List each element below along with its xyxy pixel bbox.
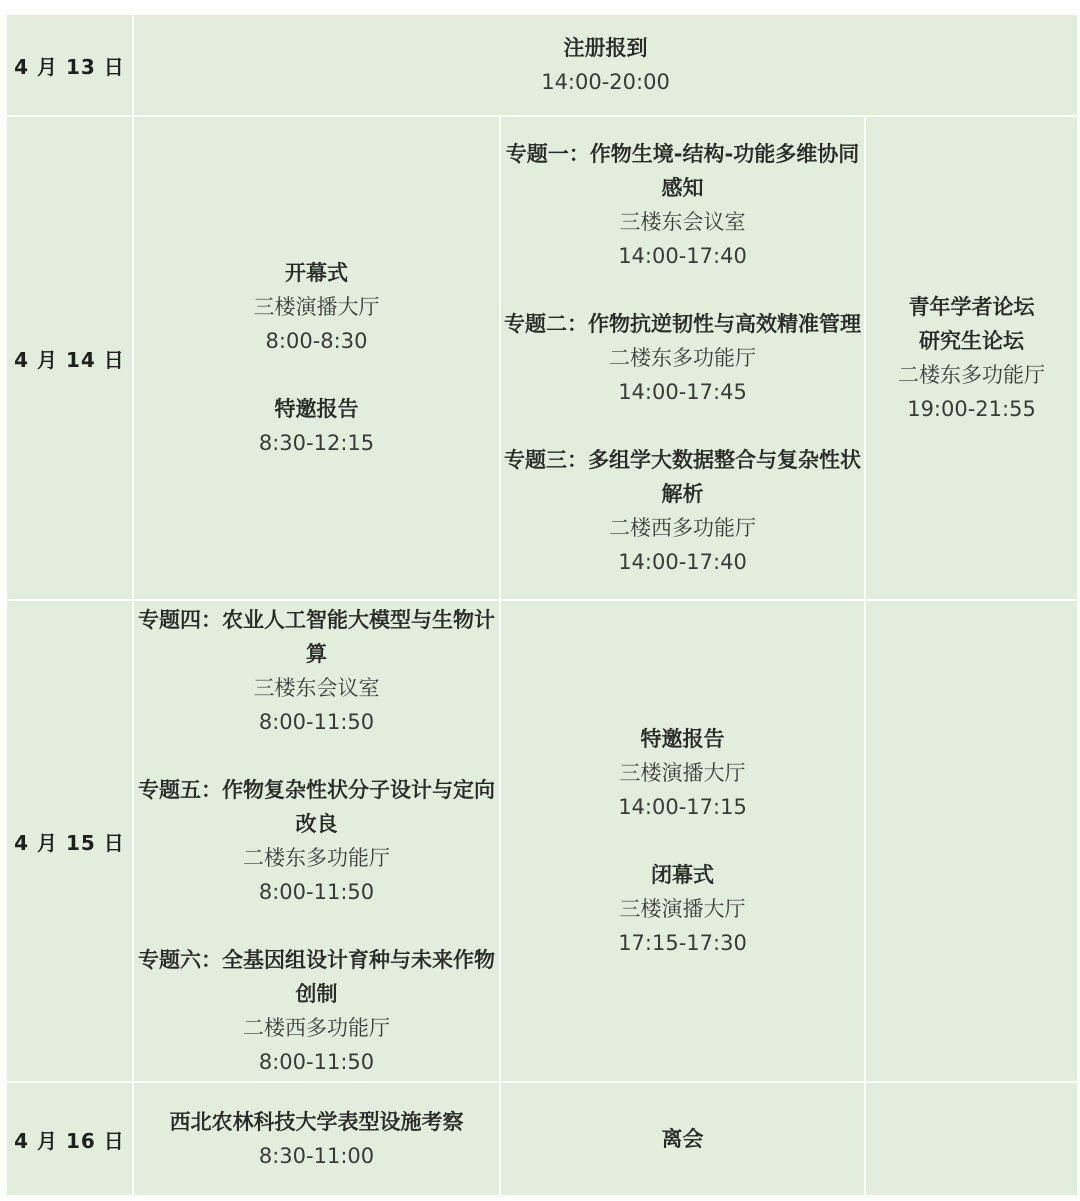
event-venue: 三楼演播大厅: [501, 892, 864, 926]
event-venue: 二楼东多功能厅: [501, 341, 864, 375]
event-venue: 三楼东会议室: [501, 205, 864, 239]
event-session-1: 专题一：作物生境-结构-功能多维协同感知 三楼东会议室 14:00-17:40: [501, 137, 864, 273]
event-title-line-1: 青年学者论坛: [866, 290, 1077, 324]
evening-cell: 青年学者论坛 研究生论坛 二楼东多功能厅 19:00-21:55: [866, 117, 1077, 599]
event-time: 14:00-17:45: [501, 375, 864, 409]
event-session-2: 专题二：作物抗逆韧性与高效精准管理 二楼东多功能厅 14:00-17:45: [501, 307, 864, 409]
event-venue: 三楼东会议室: [134, 671, 499, 705]
event-venue: 二楼东多功能厅: [134, 841, 499, 875]
date-cell: 4 月 13 日: [7, 15, 132, 115]
event-session-5: 专题五：作物复杂性状分子设计与定向改良 二楼东多功能厅 8:00-11:50: [134, 773, 499, 909]
event-forum: 青年学者论坛 研究生论坛 二楼东多功能厅 19:00-21:55: [866, 290, 1077, 426]
event-time: 19:00-21:55: [866, 392, 1077, 426]
morning-cell: 西北农林科技大学表型设施考察 8:30-11:00: [134, 1083, 499, 1195]
event-session-4: 专题四：农业人工智能大模型与生物计算 三楼东会议室 8:00-11:50: [134, 603, 499, 739]
afternoon-cell: 离会: [501, 1083, 864, 1195]
event-time: 14:00-20:00: [134, 65, 1077, 99]
morning-cell: 专题四：农业人工智能大模型与生物计算 三楼东会议室 8:00-11:50 专题五…: [134, 601, 499, 1081]
event-time: 17:15-17:30: [501, 926, 864, 960]
event-title: 专题六：全基因组设计育种与未来作物创制: [134, 943, 499, 1011]
event-title: 专题一：作物生境-结构-功能多维协同感知: [501, 137, 864, 205]
event-time: 8:30-12:15: [134, 426, 499, 460]
event-time: 8:30-11:00: [134, 1139, 499, 1173]
afternoon-cell: 特邀报告 三楼演播大厅 14:00-17:15 闭幕式 三楼演播大厅 17:15…: [501, 601, 864, 1081]
event-title: 开幕式: [134, 256, 499, 290]
schedule-row-apr13: 4 月 13 日 注册报到 14:00-20:00: [7, 15, 1077, 115]
event-session-3: 专题三：多组学大数据整合与复杂性状解析 二楼西多功能厅 14:00-17:40: [501, 443, 864, 579]
evening-cell-empty: [866, 601, 1077, 1081]
event-closing: 闭幕式 三楼演播大厅 17:15-17:30: [501, 858, 864, 960]
schedule-row-apr15: 4 月 15 日 专题四：农业人工智能大模型与生物计算 三楼东会议室 8:00-…: [7, 601, 1077, 1081]
date-cell: 4 月 14 日: [7, 117, 132, 599]
event-title: 特邀报告: [501, 722, 864, 756]
event-time: 8:00-11:50: [134, 1045, 499, 1079]
afternoon-cell: 专题一：作物生境-结构-功能多维协同感知 三楼东会议室 14:00-17:40 …: [501, 117, 864, 599]
event-title-line-2: 研究生论坛: [866, 324, 1077, 358]
event-opening: 开幕式 三楼演播大厅 8:00-8:30: [134, 256, 499, 358]
event-time: 8:00-11:50: [134, 705, 499, 739]
evening-cell-empty: [866, 1083, 1077, 1195]
event-title: 专题三：多组学大数据整合与复杂性状解析: [501, 443, 864, 511]
event-time: 14:00-17:40: [501, 239, 864, 273]
event-venue: 二楼东多功能厅: [866, 358, 1077, 392]
date-cell: 4 月 15 日: [7, 601, 132, 1081]
date-cell: 4 月 16 日: [7, 1083, 132, 1195]
event-keynote: 特邀报告 三楼演播大厅 14:00-17:15: [501, 722, 864, 824]
event-session-6: 专题六：全基因组设计育种与未来作物创制 二楼西多功能厅 8:00-11:50: [134, 943, 499, 1079]
schedule-row-apr16: 4 月 16 日 西北农林科技大学表型设施考察 8:30-11:00 离会: [7, 1083, 1077, 1195]
event-title: 专题五：作物复杂性状分子设计与定向改良: [134, 773, 499, 841]
event-time: 14:00-17:15: [501, 790, 864, 824]
event-title: 注册报到: [134, 31, 1077, 65]
event-keynote: 特邀报告 8:30-12:15: [134, 392, 499, 460]
event-venue: 二楼西多功能厅: [501, 511, 864, 545]
morning-cell: 开幕式 三楼演播大厅 8:00-8:30 特邀报告 8:30-12:15: [134, 117, 499, 599]
event-title: 专题二：作物抗逆韧性与高效精准管理: [501, 307, 864, 341]
event-venue: 三楼演播大厅: [501, 756, 864, 790]
event-venue: 二楼西多功能厅: [134, 1011, 499, 1045]
registration-cell: 注册报到 14:00-20:00: [134, 15, 1077, 115]
event-venue: 三楼演播大厅: [134, 290, 499, 324]
event-time: 14:00-17:40: [501, 545, 864, 579]
event-title: 离会: [501, 1122, 864, 1156]
event-title: 专题四：农业人工智能大模型与生物计算: [134, 603, 499, 671]
event-time: 8:00-11:50: [134, 875, 499, 909]
conference-schedule-table: 4 月 13 日 注册报到 14:00-20:00 4 月 14 日 开幕式 三…: [5, 13, 1079, 1197]
schedule-row-apr14: 4 月 14 日 开幕式 三楼演播大厅 8:00-8:30 特邀报告 8:30-…: [7, 117, 1077, 599]
event-title: 闭幕式: [501, 858, 864, 892]
event-title: 特邀报告: [134, 392, 499, 426]
event-title: 西北农林科技大学表型设施考察: [134, 1105, 499, 1139]
event-site-visit: 西北农林科技大学表型设施考察 8:30-11:00: [134, 1105, 499, 1173]
event-time: 8:00-8:30: [134, 324, 499, 358]
